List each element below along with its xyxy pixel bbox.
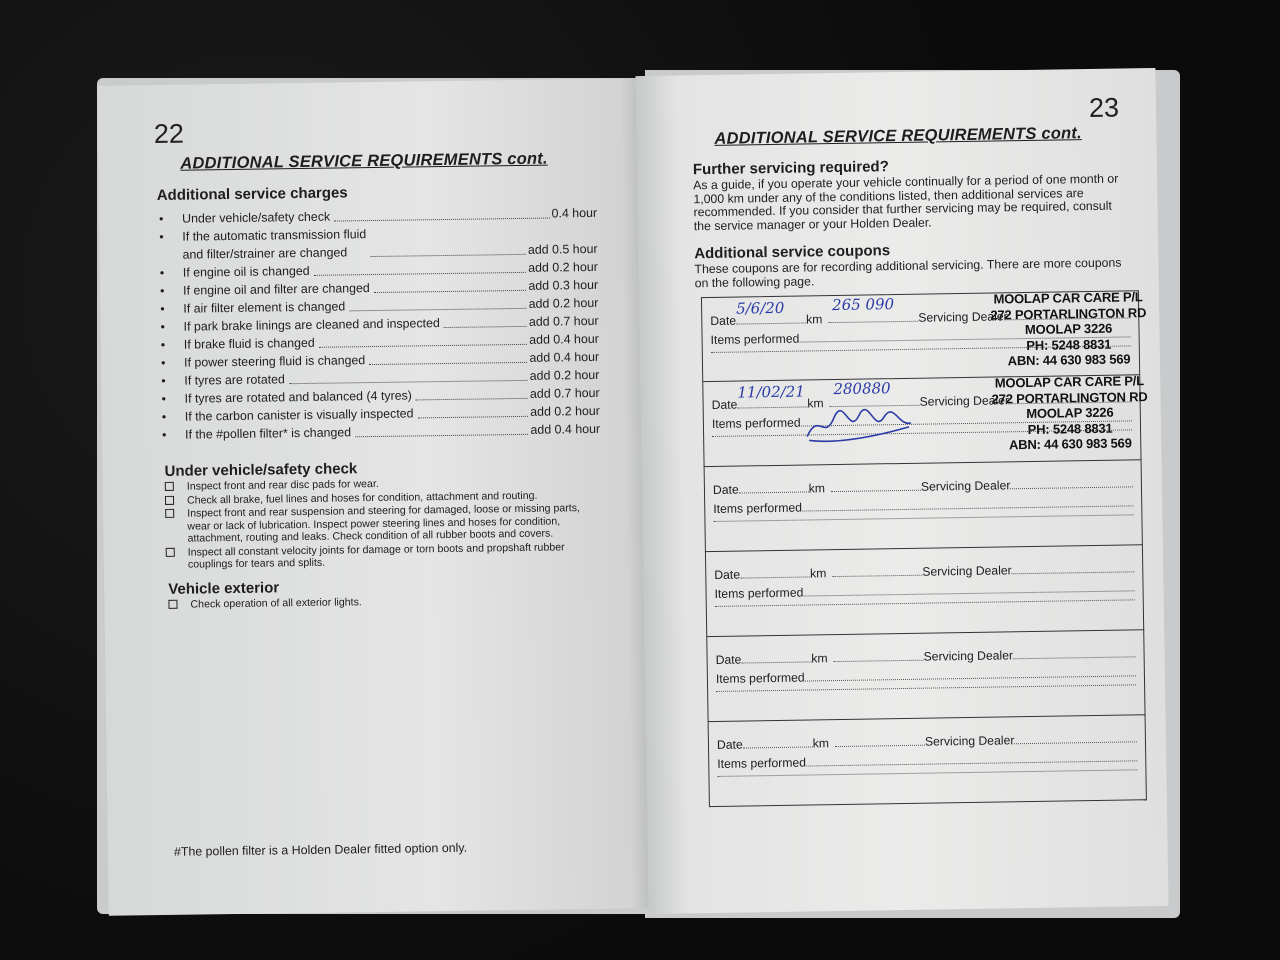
charge-label: If the automatic transmission fluid and … [182, 225, 366, 264]
charge-label: Under vehicle/safety check [182, 208, 330, 228]
dot-leader [418, 416, 529, 419]
charge-time: add 0.2 hour [528, 258, 598, 277]
stamp-line: 272 PORTARLINGTON RD [990, 305, 1146, 323]
dot-leader [371, 254, 527, 257]
charges-heading: Additional service charges [157, 184, 348, 204]
coupon-items-row: Items performed [713, 495, 1133, 516]
checkbox-icon [166, 547, 175, 556]
charge-label: If the #pollen filter* is changed [185, 423, 351, 443]
km-label: km [813, 736, 829, 750]
km-field[interactable] [832, 575, 922, 577]
charge-time: add 0.2 hour [530, 402, 600, 421]
km-field[interactable] [831, 490, 921, 492]
checklist-item: Inspect all constant velocity joints for… [166, 540, 606, 571]
charge-time: add 0.4 hour [529, 330, 599, 349]
charge-label: If brake fluid is changed [184, 334, 315, 354]
service-coupon: Datekm Servicing DealerItems performed5/… [701, 290, 1140, 382]
date-label: Date [716, 653, 742, 667]
items-field-extra[interactable] [717, 769, 1137, 777]
checklist-text: Check operation of all exterior lights. [190, 596, 362, 610]
pollen-footnote: #The pollen filter is a Holden Dealer fi… [174, 841, 467, 859]
charge-time: add 0.4 hour [529, 348, 599, 367]
dot-leader [349, 308, 527, 311]
checklist-text: Inspect front and rear disc pads for wea… [187, 478, 379, 493]
items-field-extra[interactable] [715, 599, 1135, 607]
service-coupons: Datekm Servicing DealerItems performed5/… [701, 290, 1147, 807]
coupon-date-row: Datekm Servicing Dealer [717, 731, 1137, 752]
charge-time: 0.4 hour [551, 204, 597, 223]
stamp-line: 272 PORTARLINGTON RD [992, 389, 1148, 407]
safety-checklist: Inspect front and rear disc pads for wea… [165, 475, 606, 573]
coupon-items-row-2 [716, 684, 1136, 695]
dot-leader [355, 434, 528, 437]
dot-leader [334, 218, 549, 222]
coupon-items-row: Items performed [716, 665, 1136, 686]
date-label: Date [717, 738, 743, 752]
safety-check-heading: Under vehicle/safety check [165, 460, 358, 480]
charge-time: add 0.4 hour [530, 420, 600, 439]
charge-time: add 0.2 hour [529, 294, 599, 313]
checkbox-icon [165, 509, 174, 518]
bullet-icon: • [160, 264, 165, 282]
charge-time: add 0.5 hour [528, 240, 598, 259]
bullet-icon: • [159, 228, 164, 246]
date-label: Date [714, 568, 740, 582]
bullet-icon: • [161, 354, 166, 372]
bullet-icon: • [161, 390, 166, 408]
right-page: 23 ADDITIONAL SERVICE REQUIREMENTS cont.… [635, 68, 1168, 914]
charge-label: If tyres are rotated [184, 370, 285, 389]
charge-item: •If the automatic transmission fluid and… [157, 222, 597, 264]
service-coupon: Datekm Servicing DealerItems performed [704, 460, 1143, 552]
items-field[interactable] [802, 505, 1133, 511]
dot-leader [444, 326, 527, 328]
km-label: km [806, 312, 822, 326]
coupon-items-row-2 [717, 769, 1137, 780]
checklist-text: Inspect front and rear suspension and st… [187, 502, 580, 544]
checkbox-icon [165, 495, 174, 504]
checkbox-icon [168, 600, 177, 609]
bullet-icon: • [162, 408, 167, 426]
charge-label: If engine oil is changed [183, 262, 310, 282]
coupon-items-row: Items performed [714, 580, 1134, 601]
km-field[interactable] [834, 660, 924, 662]
handwritten-km: 265 090 [832, 295, 894, 314]
dealer-field[interactable] [1013, 656, 1136, 659]
km-field[interactable] [835, 745, 925, 747]
exterior-heading: Vehicle exterior [168, 579, 279, 598]
km-label: km [809, 481, 825, 495]
charges-list: •Under vehicle/safety check0.4 hour•If t… [157, 204, 600, 444]
stamp-line: MOOLAP CAR CARE P/L [991, 373, 1147, 391]
items-field-extra[interactable] [716, 684, 1136, 692]
charge-time: add 0.7 hour [530, 384, 600, 403]
stamp-line: ABN: 44 630 983 569 [991, 351, 1147, 369]
date-field[interactable] [741, 661, 811, 663]
coupons-intro-text: These coupons are for recording addition… [694, 256, 1130, 290]
date-field[interactable] [737, 406, 807, 408]
items-label: Items performed [717, 756, 806, 771]
service-coupon: Datekm Servicing DealerItems performed [708, 715, 1147, 807]
dealer-label: Servicing Dealer [921, 478, 1011, 493]
coupon-date-row: Datekm Servicing Dealer [714, 561, 1134, 582]
charge-time: add 0.7 hour [529, 312, 599, 331]
dot-leader [374, 290, 527, 293]
date-field[interactable] [736, 322, 806, 324]
dealer-stamp: MOOLAP CAR CARE P/L272 PORTARLINGTON RDM… [990, 289, 1147, 369]
dealer-stamp: MOOLAP CAR CARE P/L272 PORTARLINGTON RDM… [991, 373, 1148, 453]
bullet-icon: • [160, 300, 165, 318]
page-number: 23 [1089, 93, 1120, 124]
dealer-label: Servicing Dealer [925, 733, 1015, 748]
date-label: Date [713, 483, 739, 497]
bullet-icon: • [161, 372, 166, 390]
items-label: Items performed [713, 501, 802, 516]
dealer-field[interactable] [1014, 741, 1137, 744]
handwritten-date: 5/6/20 [736, 299, 785, 318]
stamp-line: MOOLAP CAR CARE P/L [990, 289, 1146, 307]
items-field-extra[interactable] [713, 514, 1133, 522]
service-coupon: Datekm Servicing DealerItems performed [705, 545, 1144, 637]
items-label: Items performed [712, 416, 801, 431]
km-label: km [811, 651, 827, 665]
dot-leader [416, 398, 528, 401]
date-field[interactable] [743, 746, 813, 748]
date-label: Date [712, 398, 738, 412]
items-label: Items performed [710, 332, 799, 347]
page-number: 22 [154, 119, 184, 150]
bullet-icon: • [160, 282, 165, 300]
date-field[interactable] [739, 491, 809, 493]
handwritten-date: 11/02/21 [737, 383, 805, 402]
dealer-field[interactable] [1010, 486, 1133, 489]
dot-leader [289, 380, 528, 384]
dealer-field[interactable] [1012, 571, 1135, 574]
items-field[interactable] [806, 760, 1137, 766]
items-field[interactable] [805, 675, 1136, 681]
dot-leader [319, 344, 528, 348]
coupon-items-row-2 [713, 514, 1133, 525]
bullet-icon: • [161, 336, 166, 354]
coupon-items-row-2 [715, 599, 1135, 610]
km-label: km [810, 566, 826, 580]
left-page: 22 ADDITIONAL SERVICE REQUIREMENTS cont.… [97, 78, 654, 916]
checkbox-icon [165, 482, 174, 491]
dealer-label: Servicing Dealer [922, 563, 1012, 578]
page-title: ADDITIONAL SERVICE REQUIREMENTS cont. [714, 124, 1082, 149]
charge-label: If air filter element is changed [183, 297, 345, 317]
signature-scribble [799, 405, 920, 447]
dealer-label: Servicing Dealer [923, 648, 1013, 663]
service-coupon: Datekm Servicing DealerItems performed11… [702, 375, 1141, 467]
items-label: Items performed [714, 586, 803, 601]
date-label: Date [710, 314, 736, 328]
service-coupon: Datekm Servicing DealerItems performed [706, 630, 1145, 722]
bullet-icon: • [159, 210, 164, 228]
charge-time: add 0.3 hour [528, 276, 598, 295]
coupon-items-row: Items performed [717, 750, 1137, 771]
checklist-item: Inspect front and rear suspension and st… [165, 502, 605, 546]
stamp-line: ABN: 44 630 983 569 [992, 435, 1148, 453]
dot-leader [369, 362, 527, 365]
bullet-icon: • [160, 318, 165, 336]
items-label: Items performed [716, 671, 805, 686]
coupon-date-row: Datekm Servicing Dealer [716, 646, 1136, 667]
dot-leader [314, 272, 527, 276]
km-field[interactable] [828, 321, 918, 323]
checklist-text: Inspect all constant velocity joints for… [188, 541, 565, 571]
date-field[interactable] [740, 576, 810, 578]
coupon-date-row: Datekm Servicing Dealer [713, 476, 1133, 497]
items-field[interactable] [803, 590, 1134, 596]
page-title: ADDITIONAL SERVICE REQUIREMENTS cont. [180, 150, 548, 174]
handwritten-km: 280880 [833, 379, 891, 398]
further-servicing-text: As a guide, if you operate your vehicle … [693, 172, 1126, 233]
charge-time: add 0.2 hour [530, 366, 600, 385]
bullet-icon: • [162, 426, 167, 444]
